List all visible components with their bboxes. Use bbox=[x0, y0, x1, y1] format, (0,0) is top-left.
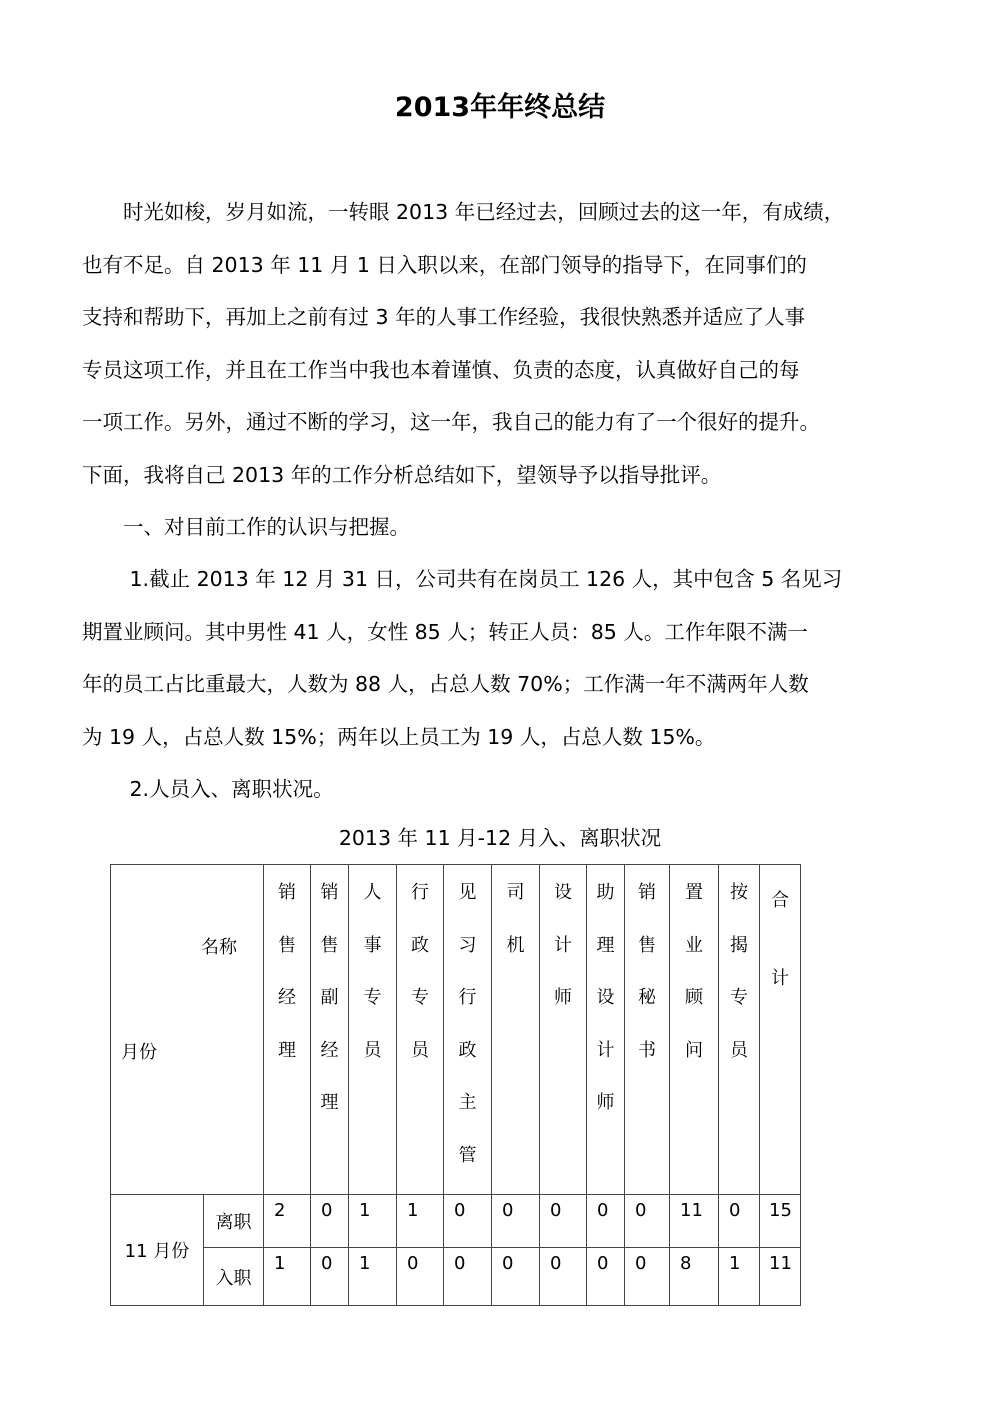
corner-header-cell: 名称 月份 bbox=[111, 865, 264, 1195]
column-header: 销售秘书 bbox=[625, 865, 670, 1195]
column-header-char: 政 bbox=[411, 932, 429, 985]
item-2-heading: 2.人员入、离职状况。 bbox=[82, 763, 942, 816]
column-header: 行政专员 bbox=[397, 865, 444, 1195]
column-header-char: 事 bbox=[364, 932, 382, 985]
column-header-char: 销 bbox=[321, 879, 339, 932]
value-cell: 1 bbox=[349, 1195, 397, 1248]
column-header-char: 售 bbox=[278, 932, 296, 985]
column-header-char: 员 bbox=[730, 1037, 748, 1090]
column-header-text: 销售秘书 bbox=[625, 865, 669, 1089]
total-cell: 15 bbox=[760, 1195, 801, 1248]
paragraph-line: 为 19 人，占总人数 15%；两年以上员工为 19 人，占总人数 15%。 bbox=[82, 711, 942, 764]
column-header-char: 师 bbox=[554, 984, 572, 1037]
column-header-char: 售 bbox=[321, 932, 339, 985]
item-2-heading-text: 2.人员入、离职状况。 bbox=[82, 763, 942, 816]
column-header-text: 置业顾问 bbox=[670, 865, 718, 1089]
column-header: 助理设计师 bbox=[587, 865, 625, 1195]
column-header-char: 助 bbox=[597, 879, 615, 932]
column-header-char: 主 bbox=[459, 1089, 477, 1142]
column-header-char: 机 bbox=[507, 932, 525, 985]
value-cell: 0 bbox=[587, 1195, 625, 1248]
column-header-char: 员 bbox=[364, 1037, 382, 1090]
column-header-char: 秘 bbox=[638, 984, 656, 1037]
column-header-char: 理 bbox=[321, 1089, 339, 1142]
value-cell: 2 bbox=[264, 1195, 311, 1248]
column-header: 见习行政主管 bbox=[444, 865, 492, 1195]
table-header-row: 名称 月份 销售经理 销售副经理 人事专员 行政专员 见习行政主管 司机 设计师… bbox=[111, 865, 801, 1195]
month-cell: 11 月份 bbox=[111, 1195, 204, 1306]
column-header-text: 人事专员 bbox=[349, 865, 396, 1089]
column-header-text: 行政专员 bbox=[397, 865, 443, 1089]
column-header-text: 见习行政主管 bbox=[444, 865, 491, 1194]
column-header-char: 理 bbox=[278, 1037, 296, 1090]
column-header-char: 计 bbox=[771, 965, 789, 993]
column-header: 按揭专员 bbox=[719, 865, 760, 1195]
value-cell: 0 bbox=[311, 1195, 349, 1248]
column-header-char: 司 bbox=[507, 879, 525, 932]
column-header: 设计师 bbox=[540, 865, 587, 1195]
value-cell: 0 bbox=[540, 1195, 587, 1248]
column-header-char: 习 bbox=[459, 932, 477, 985]
paragraph-line: 下面，我将自己 2013 年的工作分析总结如下，望领导予以指导批评。 bbox=[82, 449, 942, 502]
column-header-char: 专 bbox=[730, 984, 748, 1037]
paragraph-line: 一项工作。另外，通过不断的学习，这一年，我自己的能力有了一个很好的提升。 bbox=[82, 396, 942, 449]
value-cell: 11 bbox=[670, 1195, 719, 1248]
column-header-char: 计 bbox=[597, 1037, 615, 1090]
column-header-char: 专 bbox=[411, 984, 429, 1037]
month-label: 月份 bbox=[121, 1038, 157, 1064]
column-header: 销售副经理 bbox=[311, 865, 349, 1195]
column-header-char: 管 bbox=[459, 1142, 477, 1195]
value-cell: 0 bbox=[444, 1248, 492, 1306]
column-header-char: 设 bbox=[597, 984, 615, 1037]
column-header-char: 售 bbox=[638, 932, 656, 985]
table-row: 入职 1 0 1 0 0 0 0 0 0 8 1 11 bbox=[111, 1248, 801, 1306]
column-header-text: 销售副经理 bbox=[311, 865, 348, 1142]
column-header-char: 销 bbox=[278, 879, 296, 932]
paragraph-line: 也有不足。自 2013 年 11 月 1 日入职以来，在部门领导的指导下，在同事… bbox=[82, 239, 942, 292]
column-header-char: 政 bbox=[459, 1037, 477, 1090]
column-header-char: 人 bbox=[364, 879, 382, 932]
column-header-char: 问 bbox=[685, 1037, 703, 1090]
type-cell: 入职 bbox=[204, 1248, 264, 1306]
column-header-char: 书 bbox=[638, 1037, 656, 1090]
paragraph-line: 期置业顾问。其中男性 41 人，女性 85 人；转正人员：85 人。工作年限不满… bbox=[82, 606, 942, 659]
column-header-text: 销售经理 bbox=[264, 865, 310, 1089]
column-header-char: 合 bbox=[771, 887, 789, 965]
value-cell: 0 bbox=[719, 1195, 760, 1248]
value-cell: 0 bbox=[444, 1195, 492, 1248]
paragraph-line: 专员这项工作，并且在工作当中我也本着谨慎、负责的态度，认真做好自己的每 bbox=[82, 344, 942, 397]
column-header-char: 经 bbox=[321, 1037, 339, 1090]
column-header: 人事专员 bbox=[349, 865, 397, 1195]
value-cell: 1 bbox=[264, 1248, 311, 1306]
value-cell: 0 bbox=[492, 1248, 540, 1306]
column-header-char: 销 bbox=[638, 879, 656, 932]
section-heading: 一、对目前工作的认识与把握。 bbox=[82, 501, 942, 554]
name-label: 名称 bbox=[201, 933, 237, 959]
value-cell: 0 bbox=[311, 1248, 349, 1306]
column-header-char: 师 bbox=[597, 1089, 615, 1142]
total-cell: 11 bbox=[760, 1248, 801, 1306]
column-header-char: 见 bbox=[459, 879, 477, 932]
value-cell: 1 bbox=[397, 1195, 444, 1248]
value-cell: 0 bbox=[587, 1248, 625, 1306]
paragraph-line: 支持和帮助下，再加上之前有过 3 年的人事工作经验，我很快熟悉并适应了人事 bbox=[82, 291, 942, 344]
column-header-text: 助理设计师 bbox=[587, 865, 624, 1142]
document-title: 2013年年终总结 bbox=[0, 88, 1000, 128]
column-header-char: 专 bbox=[364, 984, 382, 1037]
column-header-total: 合计 bbox=[760, 865, 801, 1195]
table-row: 11 月份 离职 2 0 1 1 0 0 0 0 0 11 0 15 bbox=[111, 1195, 801, 1248]
column-header-char: 顾 bbox=[685, 984, 703, 1037]
column-header-char: 副 bbox=[321, 984, 339, 1037]
value-cell: 8 bbox=[670, 1248, 719, 1306]
type-cell: 离职 bbox=[204, 1195, 264, 1248]
column-header-char: 设 bbox=[554, 879, 572, 932]
column-header-char: 置 bbox=[685, 879, 703, 932]
value-cell: 0 bbox=[625, 1248, 670, 1306]
column-header-char: 按 bbox=[730, 879, 748, 932]
column-header-char: 业 bbox=[685, 932, 703, 985]
column-header-text: 按揭专员 bbox=[719, 865, 759, 1089]
value-cell: 0 bbox=[540, 1248, 587, 1306]
column-header-char: 理 bbox=[597, 932, 615, 985]
column-header-char: 揭 bbox=[730, 932, 748, 985]
column-header-char: 行 bbox=[411, 879, 429, 932]
column-header-char: 员 bbox=[411, 1037, 429, 1090]
column-header: 销售经理 bbox=[264, 865, 311, 1195]
value-cell: 1 bbox=[719, 1248, 760, 1306]
table-caption: 2013 年 11 月-12 月入、离职状况 bbox=[0, 818, 1000, 858]
value-cell: 0 bbox=[397, 1248, 444, 1306]
value-cell: 0 bbox=[492, 1195, 540, 1248]
column-header: 置业顾问 bbox=[670, 865, 719, 1195]
column-header-char: 计 bbox=[554, 932, 572, 985]
paragraph-line: 年的员工占比重最大，人数为 88 人，占总人数 70%；工作满一年不满两年人数 bbox=[82, 658, 942, 711]
column-header-char: 行 bbox=[459, 984, 477, 1037]
value-cell: 0 bbox=[625, 1195, 670, 1248]
column-header-text: 合计 bbox=[760, 865, 800, 993]
column-header-text: 司机 bbox=[492, 865, 539, 984]
paragraph-line: 时光如梭，岁月如流，一转眼 2013 年已经过去，回顾过去的这一年，有成绩， bbox=[82, 186, 942, 239]
item-1-paragraph: 1.截止 2013 年 12 月 31 日，公司共有在岗员工 126 人，其中包… bbox=[82, 553, 942, 763]
column-header-text: 设计师 bbox=[540, 865, 586, 1037]
section-1-heading: 一、对目前工作的认识与把握。 bbox=[82, 501, 942, 554]
staff-turnover-table: 名称 月份 销售经理 销售副经理 人事专员 行政专员 见习行政主管 司机 设计师… bbox=[110, 864, 801, 1306]
column-header-char: 经 bbox=[278, 984, 296, 1037]
column-header: 司机 bbox=[492, 865, 540, 1195]
intro-paragraph: 时光如梭，岁月如流，一转眼 2013 年已经过去，回顾过去的这一年，有成绩， 也… bbox=[82, 186, 942, 501]
value-cell: 1 bbox=[349, 1248, 397, 1306]
paragraph-line: 1.截止 2013 年 12 月 31 日，公司共有在岗员工 126 人，其中包… bbox=[82, 553, 942, 606]
